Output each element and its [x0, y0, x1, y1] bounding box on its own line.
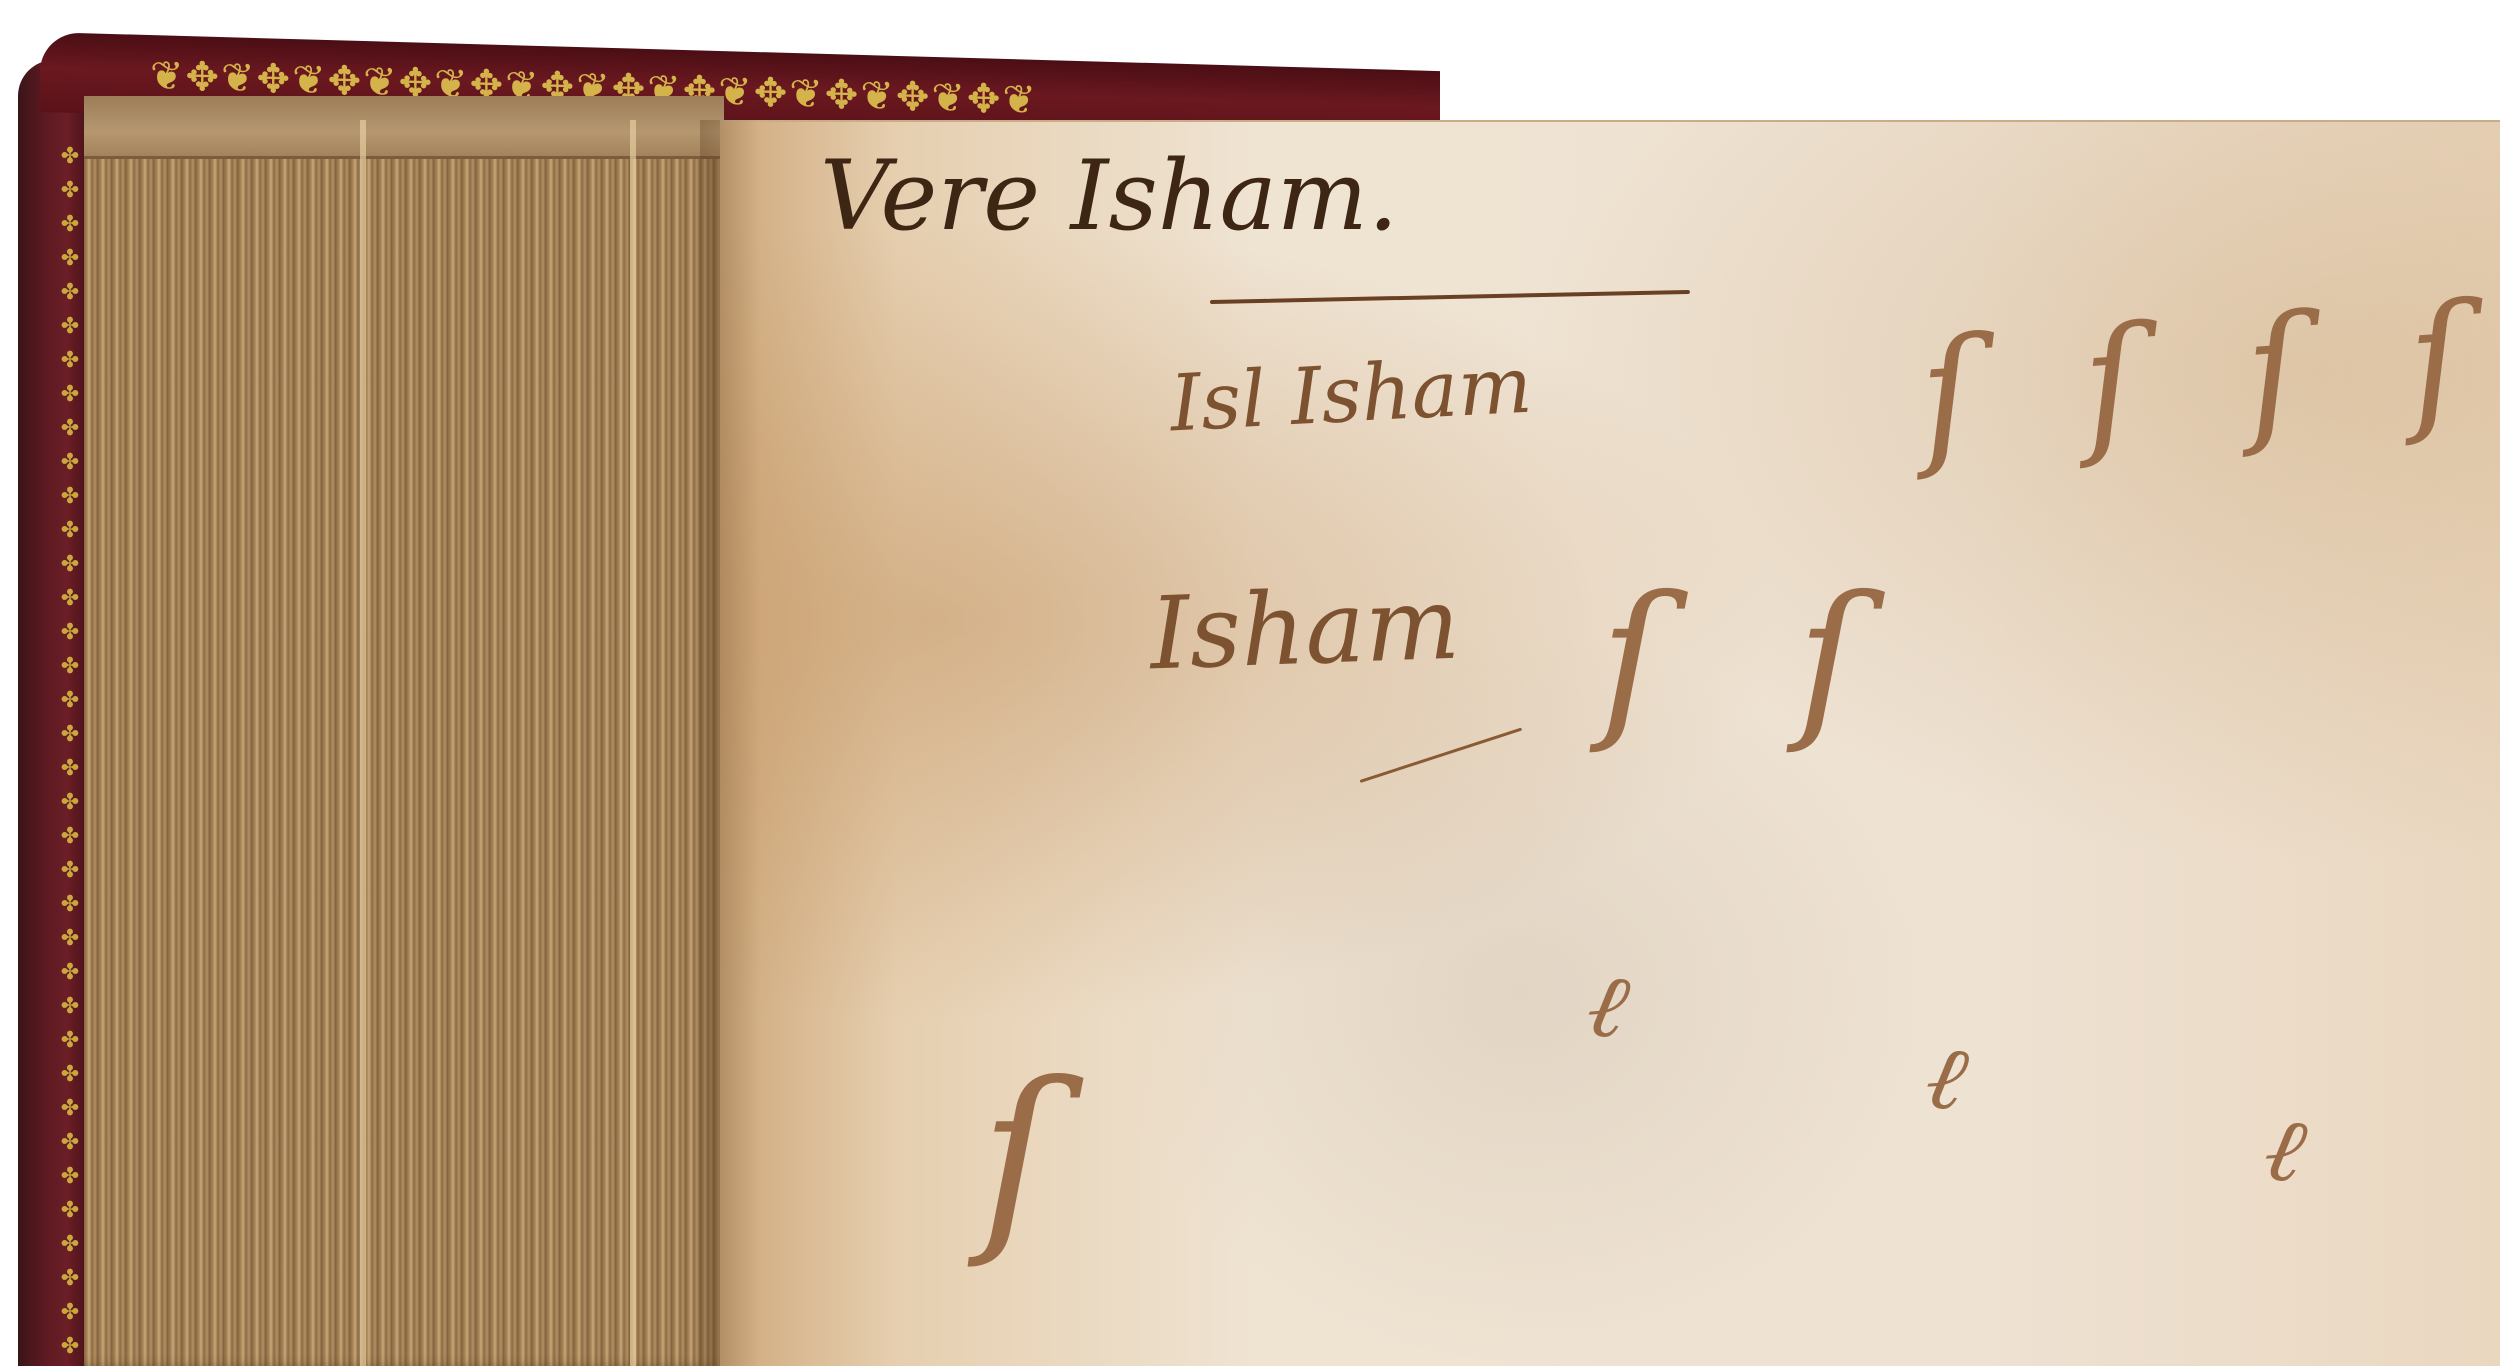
text-block-ridge — [360, 120, 366, 1366]
pen-trial-lower-left: ſ — [980, 1040, 1054, 1273]
inscription-vere-isham: Vere Isham. — [820, 140, 1398, 252]
pen-trials-middle: ſ ſ — [1600, 560, 1900, 758]
inscription-isham: Isham — [1148, 565, 1462, 693]
text-block-fore-edge — [84, 100, 724, 1366]
inscription-isl-isham: Isl Isham — [1168, 341, 1534, 450]
text-block-head-edge — [84, 96, 724, 159]
gilt-floral-roll-left-icon: ✤✤✤✤✤✤✤✤✤✤✤✤✤✤✤✤✤✤✤✤✤✤✤✤✤✤✤✤✤✤✤✤✤✤✤✤ — [52, 140, 88, 1366]
gutter-shadow — [700, 120, 760, 1366]
book-photograph: ❦✥❦✥❦✥❦✥❦✥❦✥❦✥❦✥❦✥❦✥❦✥❦✥❦ ✤✤✤✤✤✤✤✤✤✤✤✤✤✤… — [0, 0, 2500, 1366]
text-block-ridge — [630, 120, 636, 1366]
